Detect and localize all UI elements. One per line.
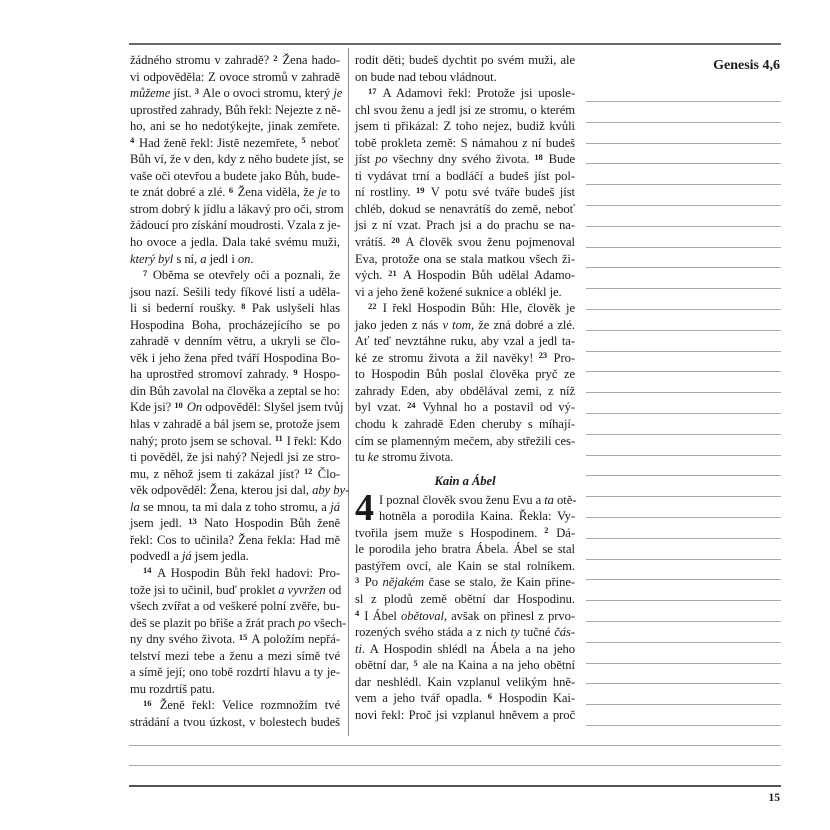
text-line: ní rostliny. 19 V potu své tváře budeš j… [355,184,575,201]
text-line: strom dobrý k jídlu a lákavý pro oči, st… [130,201,340,218]
text-line: ké ze stromu života a žil navěky! 23 Pro… [355,350,575,367]
text-line: tože jsi to učinil, buď proklet a vyvrže… [130,582,340,599]
text-line: vaše oči otevřou a budete jako Bůh, bude… [130,168,340,185]
text-line: le porodila jeho bratra Ábela. Ábel se s… [355,541,575,558]
note-line [586,163,781,164]
text-line: din Bůh zavolal na člověka a zeptal se h… [130,383,340,400]
text-line: Eva, protože ona se stala matkou všech ž… [355,251,575,268]
text-line: la se mnou, ta mi dala z toho stromu, a … [130,499,340,516]
text-line: ti vydávat trní a bodláčí a budeš jíst p… [355,168,575,185]
chapter-number: 4 [355,489,374,527]
note-line [586,579,781,580]
verse-number: 15 [239,632,247,642]
verse-number: 2 [544,525,548,535]
verse-number: 2 [273,53,277,63]
text-line: Hospodina Boha, procházejícího se po [130,317,340,334]
note-line [586,309,781,310]
verse-number: 13 [188,516,196,526]
text-line: tobě prokleta země: S námahou z ní budeš [355,135,575,152]
verse-number: 16 [143,698,151,708]
verse-number: 4 [355,608,359,618]
note-line [586,413,781,414]
text-line: ha uprostřed stromoví zahrady. 9 Hospo- [130,366,340,383]
verse-number: 5 [413,658,417,668]
text-line: rozených svého stáda a z nich ty tučné č… [355,624,575,641]
text-line: novi řekl: Proč jsi vzplanul hněvem a pr… [355,707,575,724]
text-line: telství mezi tebe a ženu a mezi símě tvé [130,648,340,665]
text-line: pastýřem ovcí, ale Kain se stal rolníkem… [355,558,575,575]
verse-number: 24 [407,400,415,410]
text-line: věk odpověděl: Žena, kterou jsi dal, aby… [130,482,340,499]
verse-number: 18 [534,152,542,162]
note-line [586,267,781,268]
text-line: podvedl a já jsem jedla. [130,548,340,565]
note-line [586,351,781,352]
text-line: a símě její; ono tobě rozdrtí hlavu a ty… [130,664,340,681]
note-line [586,517,781,518]
verse-number: 3 [355,575,359,585]
note-line [586,392,781,393]
verse-number: 8 [241,301,245,311]
note-line [586,205,781,206]
note-line [586,704,781,705]
text-line: vrátíš. 20 A člověk svou ženu pojmenoval [355,234,575,251]
verse-number: 22 [368,301,376,311]
text-line: tvořila jsem muže s Hospodinem. 2 Dá- [355,525,575,542]
note-line [586,621,781,622]
text-line: můžeme jíst. 3 Ale o ovoci stromu, který… [130,85,340,102]
note-line [586,559,781,560]
text-line: řekl: Cos to učinila? Žena řekla: Had mě [130,532,340,549]
text-line: jsou nazí. Sešili tedy fíkové listí a ud… [130,284,340,301]
note-line [586,663,781,664]
text-line: sl z plodů země obětní dar Hospodinu. [355,591,575,608]
verse-number: 6 [229,185,233,195]
verse-number: 17 [368,86,376,96]
page-number: 15 [769,792,781,804]
text-line: cím se plamenným mečem, aby střežili ces… [355,433,575,450]
note-line [586,101,781,102]
verse-number: 5 [301,135,305,145]
text-line: Ať teď nevztáhne ruku, aby vzal a jedl t… [355,333,575,350]
note-line [586,600,781,601]
text-line: ho, ani se ho nedotýkejte, jinak zemřete… [130,118,340,135]
bottom-rule [129,785,781,787]
text-line: jíst po všechny dny svého života. 18 Bud… [355,151,575,168]
text-line: chodu k zahradě Eden cheruby s míhají- [355,416,575,433]
note-line [586,371,781,372]
text-line: žádoucí pro získání moudrosti. Vzala z j… [130,217,340,234]
text-line: li si bederní roušky. 8 Pak uslyšeli hla… [130,300,340,317]
text-line: jsem jedl. 13 Nato Hospodin Bůh ženě [130,515,340,532]
text-line: ti pověděl, že jsi nahý? Nejedl jsi ze s… [130,449,340,466]
text-line: žádného stromu v zahradě? 2 Žena hado- [130,52,340,69]
verse-number: 12 [304,466,312,476]
text-line: 3 Po nějakém čase se stalo, že Kain přin… [355,574,575,591]
text-line: mu, z něhož jsem ti zakázal jíst? 12 Člo… [130,466,340,483]
text-line: ho ovoce a jedla. Dala také svému muži, [130,234,340,251]
text-line: to Hospodin Bůh poslal člověka pryč ze [355,366,575,383]
text-line: mu rozdrtíš patu. [130,681,340,698]
text-line: Kde jsi? 10 On odpověděl: Slyšel jsem tv… [130,399,340,416]
text-line: ti. A Hospodin shlédl na Ábela a na jeho [355,641,575,658]
note-line [586,184,781,185]
text-line: všech zvířat a od veškeré polní zvěře, b… [130,598,340,615]
verse-number: 20 [391,235,399,245]
text-line: jsem ti přikázal: Z toho nejez, budiž kv… [355,118,575,135]
text-line: tu ke stromu života. [355,449,575,466]
note-line [586,538,781,539]
note-line [586,330,781,331]
text-line: 14 A Hospodin Bůh řekl hadovi: Pro- [130,565,340,582]
text-line: jsi z ní vzat. Prach jsi a do prachu se … [355,217,575,234]
text-line: hotněla a porodila Kaina. Řekla: Vy- [355,508,575,525]
text-line: jako jeden z nás v tom, že zná dobré a z… [355,317,575,334]
verse-number: 3 [195,86,199,96]
verse-number: 19 [416,185,424,195]
text-column-left: žádného stromu v zahradě? 2 Žena hado-vi… [130,52,340,730]
text-line: věk i jeho žena před tváří Hospodina Bo- [130,350,340,367]
note-line [586,122,781,123]
verse-number: 4 [130,135,134,145]
text-line: 4 Had ženě řekl: Jistě nezemřete, 5 nebo… [130,135,340,152]
verse-number: 10 [174,400,182,410]
text-line: strádání a tvou úzkost, v bolestech bude… [130,714,340,731]
verse-number: 11 [275,433,283,443]
text-line: který byl s ní, a jedl i on. [130,251,340,268]
text-line: Bůh ví, že v den, kdy z něho budete jíst… [130,151,340,168]
note-line [586,226,781,227]
text-line: vi odpověděla: Z ovoce stromů v zahradě [130,69,340,86]
text-line: rodit děti; budeš dychtit po svém muži, … [355,52,575,69]
note-line [586,683,781,684]
text-line: vi a jeho ženě kožené suknice a oblékl j… [355,284,575,301]
verse-number: 6 [488,691,492,701]
text-line: chl svou ženu a jedl jsi ze stromu, o kt… [355,102,575,119]
verse-number: 7 [143,268,147,278]
note-line [129,765,781,766]
note-line [586,496,781,497]
running-head: Genesis 4,6 [713,58,780,74]
note-line [586,725,781,726]
chapter-block: 4 I poznal člověk svou ženu Evu a ta otě… [355,492,575,724]
verse-number: 9 [293,367,297,377]
text-line: 7 Oběma se otevřely oči a poznali, že [130,267,340,284]
text-line: vých. 21 A Hospodin Bůh udělal Adamo- [355,267,575,284]
note-line [129,745,781,746]
note-line [586,434,781,435]
text-line: hlas v zahradě a bál jsem se, protože js… [130,416,340,433]
note-line [586,475,781,476]
note-line [586,247,781,248]
text-line: uprostřed zahrady, Bůh řekl: Nejezte z n… [130,102,340,119]
text-line: on bude nad tebou vládnout. [355,69,575,86]
note-line [586,288,781,289]
text-line: 4 I Ábel obětoval, avšak on přinesl z pr… [355,608,575,625]
text-line: ny dny svého života. 15 A položím nepřá- [130,631,340,648]
text-line: zahradě v denním větru, a ukryli se člo- [130,333,340,350]
text-line: nahý; proto jsem se schoval. 11 I řekl: … [130,433,340,450]
note-line [586,143,781,144]
verse-number: 21 [388,268,396,278]
text-line: chléb, dokud se nenavrátíš do země, nebo… [355,201,575,218]
text-line: 16 Ženě řekl: Velice rozmnožím tvé [130,697,340,714]
verse-number: 14 [143,565,151,575]
text-line: byl vzat. 24 Vyhnal ho a postavil od vý- [355,399,575,416]
text-line: vem a jeho tvář opadla. 6 Hospodin Kai- [355,690,575,707]
text-line: I poznal člověk svou ženu Evu a ta otě- [355,492,575,509]
top-rule [129,43,781,45]
text-line: deš se plazit po břiše a žrát prach po v… [130,615,340,632]
text-column-middle: rodit děti; budeš dychtit po svém muži, … [355,52,575,723]
text-line: 17 A Adamovi řekl: Protože jsi uposle- [355,85,575,102]
text-line: obětní dar, 5 ale na Kaina a na jeho obě… [355,657,575,674]
text-line: zahrady Eden, aby obdělával zemi, z níž [355,383,575,400]
verse-number: 23 [539,350,547,360]
note-line [586,455,781,456]
text-line: 22 I řekl Hospodin Bůh: Hle, člověk je [355,300,575,317]
text-line: dar neshlédl. Kain vzplanul velikým hně- [355,674,575,691]
note-line [586,642,781,643]
column-divider [348,48,349,736]
text-line: te znát dobré a zlé. 6 Žena viděla, že j… [130,184,340,201]
section-title: Kain a Ábel [355,466,575,492]
